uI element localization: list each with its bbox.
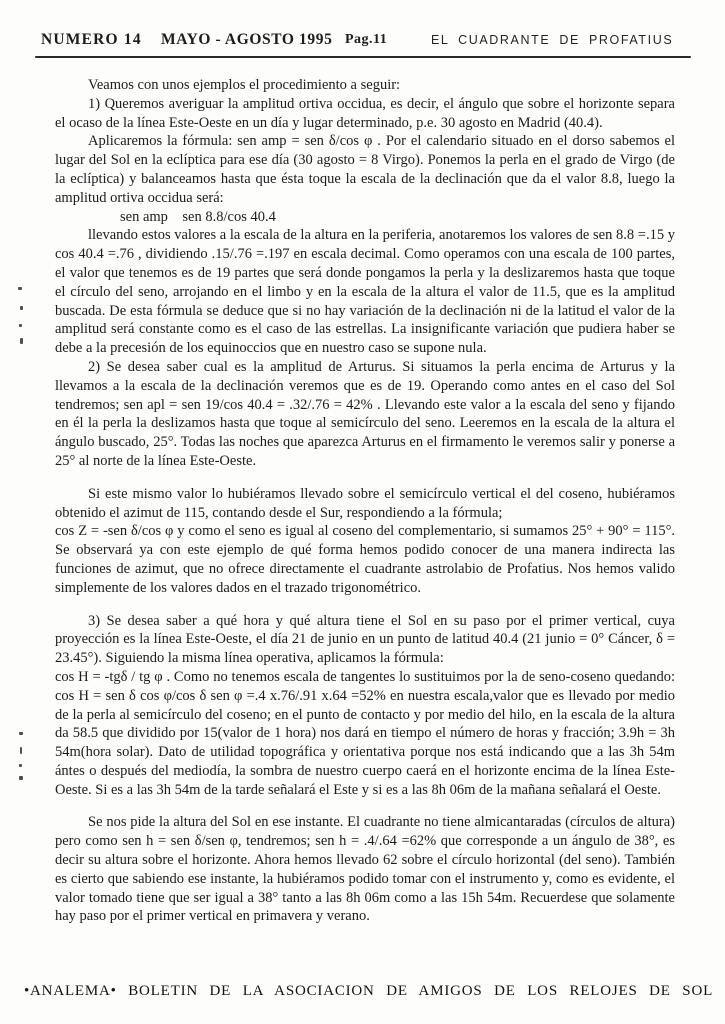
paragraph-formula-setup: Aplicaremos la fórmula: sen amp = sen δ/… (55, 132, 675, 207)
formula-line: sen amp sen 8.8/cos 40.4 (55, 208, 675, 227)
paragraph-intro: Veamos con unos ejemplos el procedimient… (55, 76, 675, 95)
footer-bulletin-title: •ANALEMA• BOLETIN DE LA ASOCIACION DE AM… (24, 983, 714, 1000)
paragraph-example-1: 1) Queremos averiguar la amplitud ortiva… (55, 95, 675, 133)
header-period: MAYO - AGOSTO 1995 (161, 31, 332, 49)
header-rule (35, 56, 691, 58)
paragraph-altitude-scale: llevando estos valores a la escala de la… (55, 226, 675, 358)
page-header: NUMERO 14 MAYO - AGOSTO 1995 Pag.11 EL C… (0, 31, 725, 55)
scan-speck (18, 287, 22, 290)
header-article-title: EL CUADRANTE DE PROFATIUS (431, 33, 673, 47)
scan-speck (19, 776, 23, 780)
scan-speck (20, 306, 23, 310)
scan-speck (19, 764, 22, 767)
scan-speck (19, 732, 23, 735)
header-issue-number: NUMERO 14 (41, 31, 142, 49)
paragraph-example-2: 2) Se desea saber cual es la amplitud de… (55, 358, 675, 471)
scan-speck (20, 338, 23, 344)
scan-speck (20, 747, 22, 754)
scan-speck (19, 324, 22, 327)
article-body: Veamos con unos ejemplos el procedimient… (55, 76, 675, 926)
paragraph-hour-calculation: cos H = -tgδ / tg φ . Como no tenemos es… (55, 668, 675, 800)
document-page: NUMERO 14 MAYO - AGOSTO 1995 Pag.11 EL C… (0, 0, 725, 1024)
paragraph-azimut-formula: cos Z = -sen δ/cos φ y como el seno es i… (55, 522, 675, 597)
paragraph-azimut-intro: Si este mismo valor lo hubiéramos llevad… (55, 485, 675, 523)
paragraph-example-3: 3) Se desea saber a qué hora y qué altur… (55, 612, 675, 668)
paragraph-sun-altitude: Se nos pide la altura del Sol en ese ins… (55, 813, 675, 926)
header-page-number: Pag.11 (345, 32, 387, 48)
